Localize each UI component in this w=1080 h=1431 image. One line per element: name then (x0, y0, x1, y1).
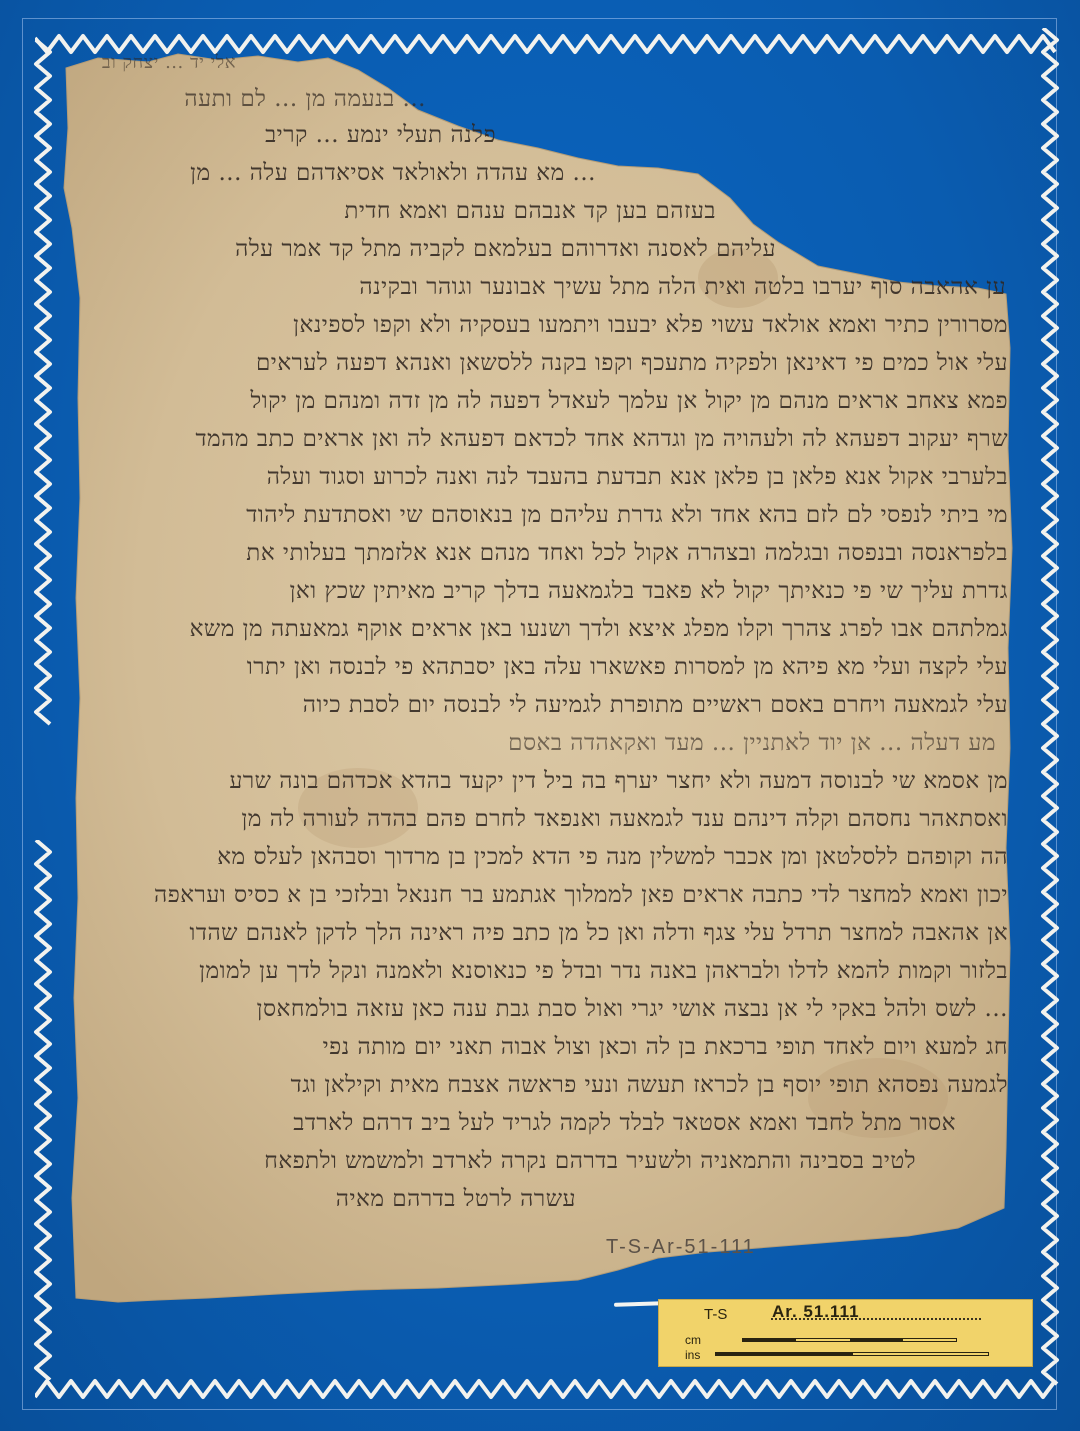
stitching-left-upper (28, 40, 58, 730)
text-line: אן אהאבה למחצר תרדל עלי צגף ודלה ואן כל … (190, 920, 1009, 946)
text-line: לטיב בסבינה והתמאניה ולשעיר בדרהם נקרה ל… (264, 1148, 916, 1174)
text-line: ען אהאבה סוף יערבו בלטה ואית הלה מתל עשי… (359, 274, 1006, 300)
text-line: עליהם לאסנה ואדרוהם בעלמאם לקביה מתל קד … (235, 236, 776, 262)
text-line: פלנה תעלי ינמע ... קריב (265, 122, 496, 148)
text-line: גדרת עליך שי פי כנאיתך יקול לא פאבד בלגמ… (290, 578, 1008, 604)
text-line: ... בנעמה מן ... לם ותעה (184, 86, 426, 112)
text-line: ואסתאהר נחסהם וקלה דינהם ענד לגמאעה ואנפ… (241, 806, 1008, 832)
text-line: פמא צאחב אראים מנהם מן יקול אן עלמך לעאד… (250, 388, 1008, 414)
scale-label-ins: ins (685, 1348, 700, 1362)
text-line: מסרורין כתיר ואמא אולאד עשוי פלא יבעבו ו… (293, 312, 1008, 338)
text-line: אלי יד ... יצחק וב (102, 52, 236, 73)
text-line: ... מא עהדה ולאולאד אסיאדהם עלה ... מן (190, 160, 596, 186)
text-line: שרף יעקוב דפעהא לה ולעהויה מן וגדהא אחד … (195, 426, 1008, 452)
text-line: בלזור וקמות להמא לדלו ולבראהן באנה נדר ו… (199, 958, 1008, 984)
text-line: מן אסמא שי לבנוסה דמעה ולא יחצר יערף בה … (229, 768, 1008, 794)
text-line: מי ביתי לנפסי לם לזם בהא אחד ולא גדרת על… (246, 502, 1008, 528)
shelfmark-label: T-S Ar. 51.111 cm ins (658, 1299, 1033, 1367)
text-line: לגמעה נפסהא תופי יוסף בן לכראז תעשה ונעי… (291, 1072, 1008, 1098)
text-line: בלפראנסה ובנפסה ובגלמה ובצהרה אקול לכל ו… (246, 540, 1008, 566)
text-line: הה וקופהם ללסלטאן ומן אכבר למשלין מנה פי… (217, 844, 1008, 870)
text-line: חג למעא ויום לאחד תופי ברכאת בן לה וכאן … (323, 1034, 1008, 1060)
manuscript-text: אלי יד ... יצחק וב ... בנעמה מן ... לם ו… (58, 48, 1016, 1310)
text-line: עלי לגמאעה ויחרם באסם ראשיים מתופרת לגמי… (303, 692, 1008, 718)
text-line: עלי לקצה ועלי מא פיהא מן למסרות פאשארו ע… (247, 654, 1008, 680)
stitching-bottom (35, 1375, 1070, 1405)
collection-code: T-S (704, 1306, 727, 1323)
stitching-right (1035, 28, 1065, 1398)
text-line: בלערבי אקול אנא פלאן בן פלאן אנא תבדעת ב… (267, 464, 1008, 490)
text-line: עלי אול כמים פי דאינאן ולפקיה מתעכף וקפו… (256, 350, 1008, 376)
text-line: ... לשס ולהל באקי לי אן נבצה אושי יגרי ו… (257, 996, 1008, 1022)
stitching-left-lower (28, 840, 58, 1380)
text-line: בעזהם בען קד אנבהם ענהם ואמא חדית (344, 198, 716, 224)
text-line: גמלתהם אבו לפרג צהרך וקלו מפלג איצא ולדך… (190, 616, 1008, 642)
scale-bar-ins (715, 1352, 989, 1356)
manuscript-fragment: אלי יד ... יצחק וב ... בנעמה מן ... לם ו… (58, 48, 1016, 1310)
text-line: יכון ואמא למחצר לדי כתבה אראים פאן לממלו… (154, 882, 1008, 908)
handwritten-shelfmark: T-S-Ar-51-111 (606, 1236, 756, 1259)
text-line: אסור מתל לחבד ואמא אסטאד לבלד לקמה לגריד… (293, 1110, 956, 1136)
scale-bar-cm (742, 1338, 957, 1342)
text-line: עשרה לרטל בדרהם מאיה (336, 1186, 576, 1212)
text-line: מע דעלה ... אן יוד לאתניין ... מעד ואקאה… (508, 730, 996, 756)
dotted-rule (771, 1318, 981, 1320)
scale-label-cm: cm (685, 1333, 701, 1347)
